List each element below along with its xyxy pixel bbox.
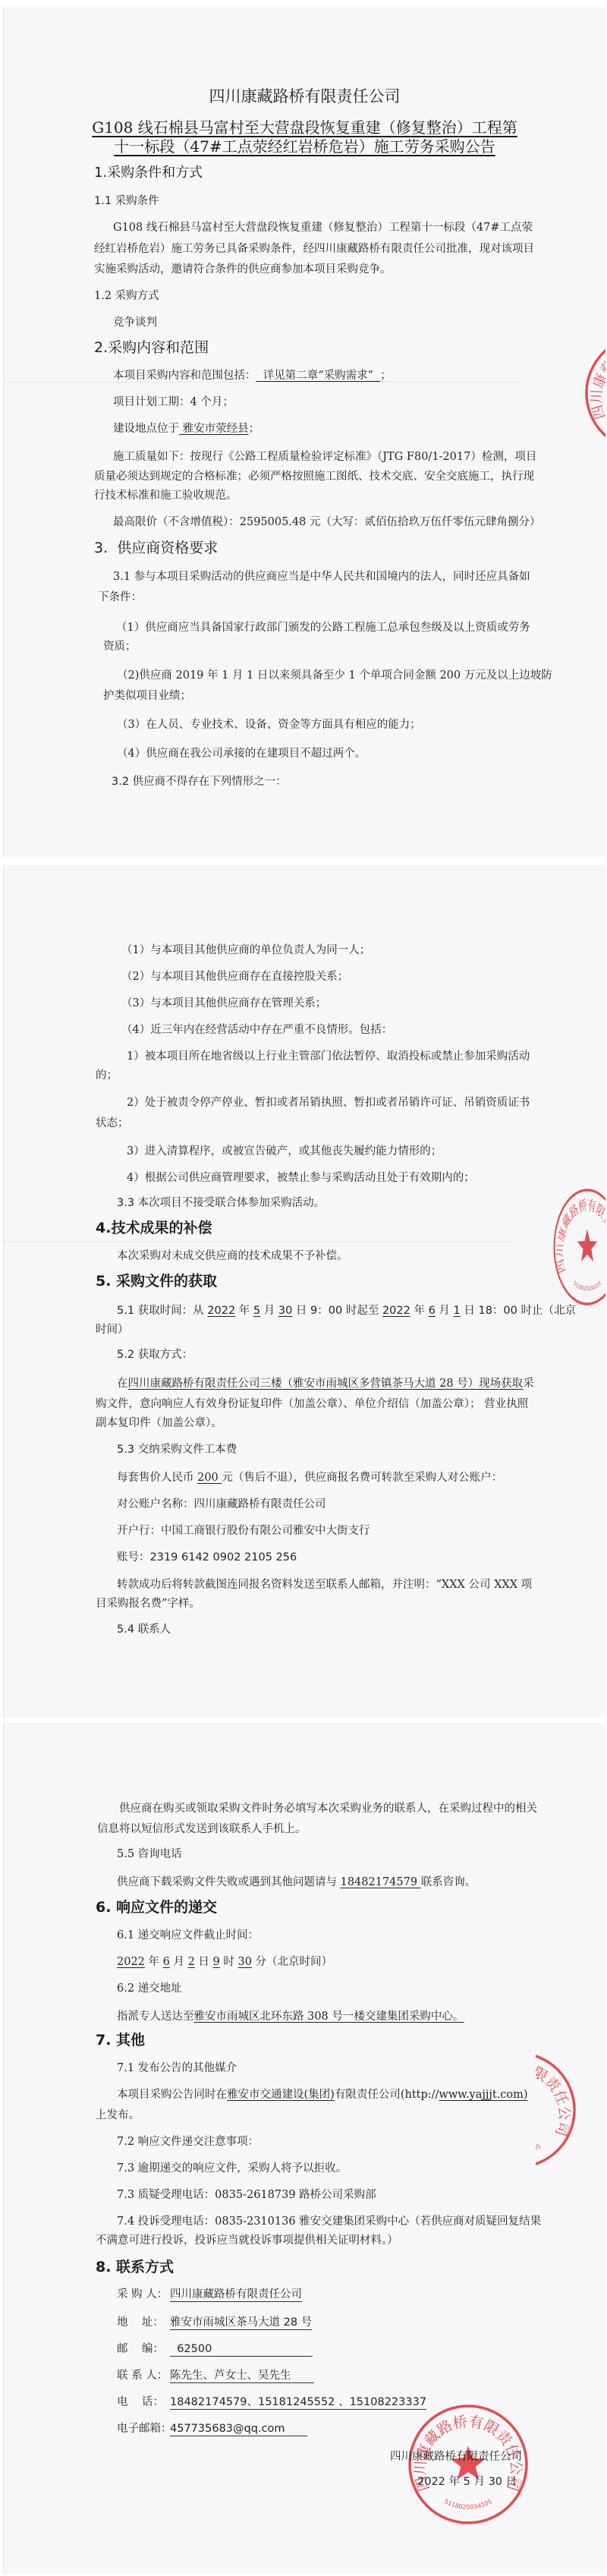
end-day: 1 [454,1305,461,1317]
subsection-3-3: 3.3 本次项目不接受联合体参加采购活动。 [117,1197,325,1209]
contact-value: 62500 [170,2343,313,2357]
contact-label: 电 话： [117,2396,170,2408]
notice-title-line-2: 十一标段（47#工点荥经红岩桥危岩）施工劳务采购公告 [4,137,605,156]
acquisition-address: 四川康藏路桥有限责任公司三楼（雅安市雨城区多营镇茶马大道 28 号）现场获取 [128,1378,524,1390]
section-8-heading: 8. 联系方式 [96,2259,174,2275]
svg-text:5118025034105: 5118025034105 [573,1280,602,1293]
max-price-line: 最高限价（不含增值税）：2595005.48 元（大写：贰佰伍拾玖万伍仟零伍元肆… [113,516,541,528]
contact-value: 四川康藏路桥有限责任公司 [170,2288,302,2302]
condition-item: （3）在人员、专业技术、设备、资金等方面具有相应的能力； [117,719,421,731]
deadline-day: 2 [188,1956,195,1968]
bad-conduct-item: 3）进入清算程序，或被宣告破产，或其他丧失履约能力情形的； [127,1145,442,1157]
location-value: 雅安市荥经县 [179,423,249,435]
text: 每套售价人民币 [117,1472,197,1484]
paragraph-line: 信息将以短信形式发送到该联系人手机上。 [97,1823,307,1835]
location-suffix: ； [249,423,260,435]
subsection-3-2-label: 3.2 供应商不得存在下列情形之一： [112,776,287,788]
consult-phone-line: 供应商下载采购文件失败或遇到其他问题请与 18482174579 联系咨询。 [117,1876,476,1888]
svg-text:5118025034105: 5118025034105 [536,2143,542,2156]
text: 年 [235,1305,253,1317]
quality-line: 行技术标准和施工验收规范。 [94,490,237,502]
end-month: 6 [429,1305,436,1317]
seal-stamp-partial: 四川康藏路桥有限责任公司 5118025034105 [552,1187,605,1307]
subsection-6-2-label: 6.2 递交地址 [117,1982,182,1995]
paragraph-line: 供应商在购买或领取采购文件时务必填写本次采购业务的联系人，在采购过程中的相关 [119,1803,537,1815]
paragraph-line: G108 线石棉县马富村至大营盘段恢复重建（修复整治）工程第十一标段（47#工点… [113,222,533,234]
contact-row-phone: 电 话：18482174579、15181245552 、15108223337 [117,2396,426,2410]
company-title: 四川康藏路桥有限责任公司 [4,87,605,105]
media-line: 本项目采购公告同时在雅安市交通建设(集团)有限责任公司(http://www.y… [117,2089,528,2101]
contact-row-purchaser: 采 购 人：四川康藏路桥有限责任公司 [117,2288,302,2302]
contact-value: 457735683@qq.com [170,2423,307,2436]
text: 日 9：00 时起至 [292,1305,382,1317]
text: 指派专人送达至 [117,2011,194,2023]
account-number-line: 账号：2319 6142 0902 2105 256 [117,1551,297,1564]
subsection-5-5-label: 5.5 咨询电话 [117,1848,182,1860]
subsection-5-3-label: 5.3 交纳采购文件工本费 [117,1444,237,1456]
text: 联系咨询。 [421,1876,476,1888]
section-1-heading: 1.采购条件和方式 [94,165,203,181]
exclusion-item: （2）与本项目其他供应商存在直接控股关系； [121,971,348,983]
paragraph-line: 不满意可进行投诉，投诉应当就投诉事项提供相关证明材料。） [96,2234,398,2247]
subsection-7-1-label: 7.1 发布公告的其他媒介 [117,2062,237,2074]
paragraph-line: 副本复印件（加盖公章）。 [96,1417,222,1429]
notice-title-text: 十一标段（47#工点荥经红岩桥危岩）施工劳务采购公告 [114,137,495,156]
duration-line: 项目计划工期：4 个月； [113,396,234,408]
notice-title-text: G108 线石棉县马富村至大营盘段恢复重建（修复整治）工程第 [92,118,517,137]
seal-icon: 四川康藏路桥有限责任公司 5118025034105 [583,333,605,453]
text: 供应商下载采购文件失败或遇到其他问题请与 [117,1876,341,1888]
text: 有限责任公司(http:// [335,2089,439,2101]
text: 在 [117,1378,128,1390]
page-3: 供应商在购买或领取采购文件时务必填写本次采购业务的联系人，在采购过程中的相关 信… [3,1723,605,2574]
condition-item: （4）供应商在我公司承接的在建项目不超过两个。 [117,748,366,760]
subsection-5-2-label: 5.2 获取方式： [117,1349,193,1361]
exclusion-item: （3）与本项目其他供应商存在管理关系； [121,997,326,1009]
paragraph-line: 上发布。 [96,2109,140,2121]
text: 月 [260,1305,278,1317]
section-7-heading: 7. 其他 [96,2032,145,2049]
end-year: 2022 [382,1305,410,1317]
text: 年 [410,1305,429,1317]
contact-label: 地 址： [117,2316,170,2329]
text: 本项目采购公告同时在 [117,2089,227,2101]
subsection-1-1-label: 1.1 采购条件 [94,195,159,207]
text: 日 [195,1956,213,1968]
subsection-1-2-label: 1.2 采购方式 [94,290,159,302]
condition-item: （2)供应商 2019 年 1 月 1 日以来须具备至少 1 个单项合同金额 2… [117,669,552,682]
contact-row-persons: 联 系 人：陈先生、芦女士、吴先生 [117,2370,314,2383]
notice-title-line-1: G108 线石棉县马富村至大营盘段恢复重建（修复整治）工程第 [4,118,605,137]
procurement-method-value: 竞争谈判 [113,316,157,329]
seal-star-icon [451,2446,486,2480]
condition-item: （1）供应商应当具备国家行政部门颁发的公路工程施工总承包叁级及以上资质或劳务 [116,622,530,634]
text: 5.1 获取时间：从 [117,1305,207,1317]
publisher-url: www.yajjjt.com) [439,2089,527,2101]
submission-address-line: 指派专人送达至雅安市雨城区北环东路 308 号一楼交建集团采购中心。 [117,2011,464,2023]
start-day: 30 [278,1305,292,1317]
text: 时 [220,1956,238,1968]
deadline-year: 2022 [117,1956,145,1968]
seal-code: 5118025034105 [536,2143,542,2156]
location-line: 建设地点位于 雅安市荥经县； [113,423,259,435]
start-month: 5 [253,1305,260,1317]
company-seal-stamp: 四川康藏路桥有限责任公司 5118025034105 [407,2403,530,2526]
scope-suffix: ； [380,370,392,382]
seal-star-icon [577,1229,597,1261]
start-year: 2022 [207,1305,235,1317]
scan-artifact-line [4,1241,516,1242]
page-2: （1）与本项目其他供应商的单位负责人为同一人； （2）与本项目其他供应商存在直接… [3,865,605,1718]
account-name-line: 对公账户名称：四川康藏路桥有限责任公司 [117,1498,326,1510]
contact-label: 采 购 人： [117,2288,170,2300]
deadline-month: 6 [163,1956,170,1968]
paragraph-line: 实施采购活动，邀请符合条件的供应商参加本项目采购竞争。 [94,263,392,276]
deadline-minute: 30 [237,1956,251,1968]
section-3-heading: 3. 供应商资格要求 [94,540,218,556]
subsection-7-2: 7.2 响应文件递交注意事项： [117,2136,259,2148]
seal-name: 四川康藏路桥有限责任公司 [536,2060,572,2138]
contact-value: 陈先生、芦女士、吴先生 [170,2370,314,2383]
scan-artifact-line [4,382,520,383]
svg-text:四川康藏路桥有限责任公司: 四川康藏路桥有限责任公司 [536,2060,572,2138]
seal-code: 5118025034105 [443,2497,493,2511]
exclusion-item: （4）近三年内在经营活动中存在严重不良情形。包括： [121,1024,392,1036]
paragraph-line: 目采购报名费”字样。 [96,1598,200,1610]
text: 采 [523,1378,534,1390]
paragraph-line: 时间） [96,1324,129,1336]
deadline-hour: 9 [213,1956,220,1968]
subsection-6-1-label: 6.1 递交响应文件截止时间： [117,1929,259,1941]
subsection-7-3-late: 7.3 逾期递交的响应文件，采购人将予以拒收。 [117,2162,347,2174]
subsection-7-3-inquiry: 7.3 质疑受理电话：0835-2618739 路桥公司采购部 [117,2189,376,2201]
subsection-7-4: 7.4 投诉受理电话：0835-2310136 雅安交建集团采购中心（若供应商对… [117,2215,541,2228]
deadline-line: 2022 年 6 月 2 日 9 时 30 分（北京时间） [117,1956,332,1968]
svg-text:5118025034105: 5118025034105 [443,2497,493,2511]
consult-phone: 18482174579 [341,1876,421,1888]
price-line: 每套售价人民币 200 元（售后不退），供应商报名费可转款至采购人对公账户： [117,1472,502,1484]
document-price: 200 [197,1472,222,1484]
exclusion-item: （1）与本项目其他供应商的单位负责人为同一人； [121,944,370,956]
contact-value: 18482174579、15181245552 、15108223337 [170,2396,426,2410]
text: 分（北京时间） [252,1956,332,1968]
section-4-body: 本次采购对未成交供应商的技术成果不予补偿。 [117,1250,348,1262]
scope-line: 本项目采购内容和范围包括： 详见第二章“采购需求” ； [113,370,392,382]
paragraph-line: 经红岩桥危岩）施工劳务已具备采购条件，经四川康藏路桥有限责任公司批准，现对该项目 [94,243,534,255]
paragraph-line: 转款成功后将转款截图连同报名资料发送至联系人邮箱，并注明：“XXX 公司 XXX… [117,1579,532,1591]
contact-row-postcode: 邮 编： 62500 [117,2343,313,2357]
quality-line: 施工质量如下：按现行《公路工程质量检验评定标准》（JTG F80/1-2017）… [113,451,536,463]
seal-stamp-slice: 四川康藏路桥有限责任公司 5118025034105 [536,2049,605,2171]
condition-item: 资质； [103,641,137,653]
paragraph-line: 购文件，意向响应人有效身份证复印件（加盖公章）、单位介绍信（加盖公章）； 营业执… [96,1398,528,1410]
text: 年 [145,1956,163,1968]
seal-stamp-partial: 四川康藏路桥有限责任公司 5118025034105 [583,333,605,453]
location-prefix: 建设地点位于 [113,423,179,435]
text: 月 [436,1305,454,1317]
bad-conduct-item: 的； [96,1069,118,1082]
section-2-heading: 2.采购内容和范围 [94,339,209,356]
paragraph-line: 3.1 参与本项目采购活动的供应商应当是中华人民共和国境内的法人，同时还应具备如 [113,571,530,583]
quality-line: 质量必须达到规定的合格标准；必须严格按照施工图纸、技术交底、安全交底施工，执行现 [94,471,534,483]
text: 月 [170,1956,188,1968]
contact-row-address: 地 址：雅安市雨城区茶马大道 28 号 [117,2316,312,2330]
bad-conduct-item: 2）处于被责令停产停业、暂扣或者吊销执照、暂扣或者吊销许可证、吊销资质证书 [127,1097,530,1109]
publisher-name: 雅安市交通建设(集团) [227,2089,335,2101]
bad-conduct-item: 1）被本项目所在地省级以上行业主管部门依法暂停、取消投标或禁止参加采购活动 [127,1050,530,1063]
page-1: 四川康藏路桥有限责任公司 G108 线石棉县马富村至大营盘段恢复重建（修复整治）… [3,6,605,858]
seal-icon: 四川康藏路桥有限责任公司 5118025034105 [536,2050,577,2170]
seal-icon: 四川康藏路桥有限责任公司 5118025034105 [407,2403,530,2526]
section-4-heading: 4.技术成果的补偿 [96,1220,212,1236]
contact-label: 电子邮箱： [117,2423,170,2435]
scope-value: 详见第二章“采购需求” [256,370,381,382]
section-6-heading: 6. 响应文件的递交 [96,1899,217,1916]
acquisition-method-line: 在四川康藏路桥有限责任公司三楼（雅安市雨城区多营镇茶马大道 28 号）现场获取采 [117,1378,534,1390]
contact-label: 邮 编： [117,2343,170,2355]
seal-icon: 四川康藏路桥有限责任公司 5118025034105 [552,1187,605,1307]
seal-code: 5118025034105 [573,1280,602,1293]
bank-line: 开户行：中国工商银行股份有限公司雅安中大街支行 [117,1525,370,1537]
contact-value: 雅安市雨城区茶马大道 28 号 [170,2316,312,2330]
paragraph-line: 下条件： [98,591,142,603]
subsection-5-4-label: 5.4 联系人 [117,1623,171,1636]
section-5-heading: 5. 采购文件的获取 [96,1273,217,1290]
seal-stamp-partial: 四川康藏路桥有限责任公司 5118025034105 [536,2050,577,2170]
contact-label: 联 系 人： [117,2370,170,2382]
bad-conduct-item: 4）根据公司供应商管理要求，被禁止参与采购活动且处于有效期内的； [127,1172,475,1184]
scope-prefix: 本项目采购内容和范围包括： [113,370,256,382]
condition-item: 护类似项目业绩； [103,690,191,702]
contact-row-email: 电子邮箱：457735683@qq.com [117,2423,307,2436]
acquisition-time-line: 5.1 获取时间：从 2022 年 5 月 30 日 9：00 时起至 2022… [117,1305,576,1317]
submission-address: 雅安市雨城区北环东路 308 号一楼交建集团采购中心。 [194,2011,464,2023]
text: 元（售后不退），供应商报名费可转款至采购人对公账户： [222,1472,502,1484]
bad-conduct-item: 状态； [96,1117,129,1129]
